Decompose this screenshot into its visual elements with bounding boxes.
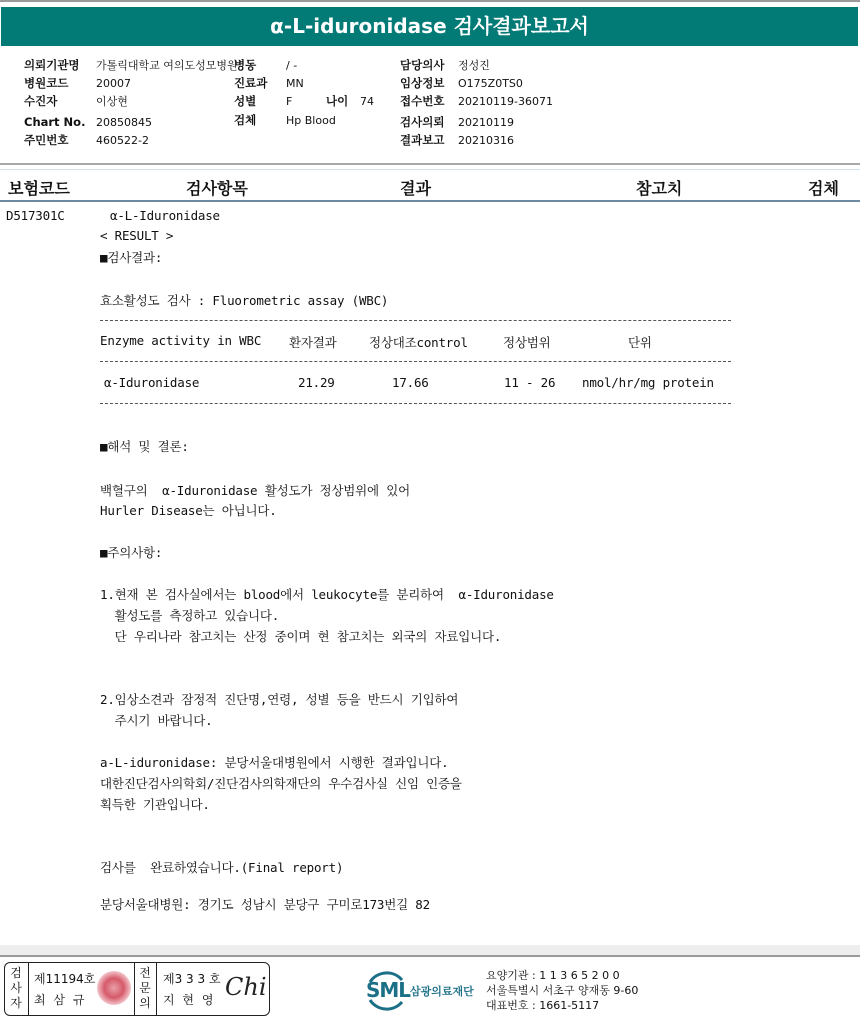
caution-line: 1.현재 본 검사실에서는 blood에서 leukocyte를 분리하여 α-… — [100, 585, 554, 603]
divider — [0, 200, 860, 202]
info-hospital-code: 병원코드20007 — [24, 74, 131, 93]
col-test-item: 검사항목 — [186, 176, 248, 199]
org-code: 요양기관 : 1 1 3 6 5 2 0 0 — [486, 968, 638, 983]
info-institution: 의뢰기관명가톨릭대학교 여의도성모병원 — [24, 56, 238, 75]
col-insurance-code: 보험코드 — [8, 176, 70, 199]
divider — [28, 963, 29, 1015]
table-row-enzyme: α-Iduronidase — [104, 375, 199, 390]
lab-address: 분당서울대병원: 경기도 성남시 분당구 구미로173번길 82 — [100, 895, 430, 913]
section-result: ■검사결과: — [100, 248, 162, 266]
info-ward: 병동/ - — [234, 56, 297, 75]
org-contact: 요양기관 : 1 1 3 6 5 2 0 0 서울특별시 서초구 양재동 9-6… — [486, 968, 638, 1013]
info-department: 진료과MN — [234, 74, 304, 93]
dashed-divider — [100, 320, 731, 321]
top-border — [0, 0, 860, 2]
specialist-license: 제3 3 3 호 — [163, 970, 221, 987]
info-report-date: 결과보고20210316 — [400, 131, 514, 150]
divider — [156, 963, 157, 1015]
section-interpretation: ■해석 및 결론: — [100, 437, 189, 455]
table-header-unit: 단위 — [628, 333, 652, 351]
info-chart-no: Chart No.20850845 — [24, 113, 152, 132]
table-header-patient: 환자결과 — [289, 333, 337, 351]
interpretation-line: 백혈구의 α-Iduronidase 활성도가 정상범위에 있어 — [100, 481, 410, 499]
specialist-label: 전문의 — [138, 966, 152, 1011]
info-specimen: 검체Hp Blood — [234, 111, 336, 130]
org-phone: 대표번호 : 1661-5117 — [486, 998, 638, 1013]
divider — [0, 163, 860, 165]
signature-box: 검사자 제11194호 최 삼 규 전문의 제3 3 3 호 지 현 영 Chi — [4, 962, 270, 1016]
org-address: 서울특별시 서초구 양재동 9-60 — [486, 983, 638, 998]
divider — [0, 169, 860, 170]
examiner-license: 제11194호 — [34, 970, 95, 987]
col-result: 결과 — [400, 176, 431, 199]
info-doctor: 담당의사정성진 — [400, 56, 490, 75]
result-tag: < RESULT > — [100, 228, 173, 243]
table-row-unit: nmol/hr/mg protein — [582, 375, 714, 390]
note-line: 획득한 기관입니다. — [100, 795, 210, 813]
table-header-range: 정상범위 — [503, 333, 551, 351]
col-specimen: 검체 — [808, 176, 839, 199]
footer-band — [0, 945, 860, 955]
info-patient-name: 수진자이상현 — [24, 92, 128, 111]
logo-text: SML — [366, 978, 410, 1002]
dashed-divider — [100, 403, 731, 404]
examiner-name: 최 삼 규 — [34, 991, 86, 1008]
final-report-text: 검사를 완료하였습니다.(Final report) — [100, 858, 343, 876]
table-row-control: 17.66 — [392, 375, 429, 390]
col-reference: 참고치 — [636, 176, 682, 199]
signature: Chi — [225, 973, 267, 1001]
note-line: a-L-iduronidase: 분당서울대병원에서 시행한 결과입니다. — [100, 753, 448, 771]
table-row-range: 11 - 26 — [504, 375, 555, 390]
dashed-divider — [100, 361, 731, 362]
seal-stamp-icon — [97, 971, 131, 1005]
divider — [134, 963, 135, 1015]
test-name: α-L-Iduronidase — [110, 208, 220, 223]
interpretation-line: Hurler Disease는 아닙니다. — [100, 501, 277, 519]
caution-line: 주시기 바랍니다. — [100, 711, 212, 729]
table-header-control: 정상대조control — [369, 333, 468, 351]
report-title: α-L-iduronidase 검사결과보고서 — [1, 7, 858, 46]
note-line: 대한진단검사의학회/진단검사의학재단의 우수검사실 신임 인증을 — [100, 774, 462, 792]
caution-line: 2.임상소견과 잠정적 진단명,연령, 성별 등을 반드시 기입하여 — [100, 690, 458, 708]
info-sex: 성별F나이74 — [234, 92, 374, 111]
table-row-patient-result: 21.29 — [298, 375, 335, 390]
info-resident-no: 주민번호460522-2 — [24, 131, 149, 150]
specialist-name: 지 현 영 — [163, 991, 215, 1008]
caution-line: 단 우리나라 참고치는 산정 중이며 현 참고치는 외국의 자료입니다. — [100, 627, 501, 645]
assay-line: 효소활성도 검사 : Fluorometric assay (WBC) — [100, 291, 388, 309]
caution-line: 활성도를 측정하고 있습니다. — [100, 606, 279, 624]
info-clinical: 임상정보O175Z0TS0 — [400, 74, 523, 93]
insurance-code: D517301C — [6, 208, 65, 223]
sml-logo: SML 삼광의료재단 — [364, 968, 504, 1012]
examiner-label: 검사자 — [9, 966, 23, 1011]
info-request-date: 검사의뢰20210119 — [400, 113, 514, 132]
info-receipt-no: 접수번호20210119-36071 — [400, 92, 553, 111]
table-header-enzyme: Enzyme activity in WBC — [100, 333, 261, 348]
footer-divider — [0, 955, 860, 957]
org-name: 삼광의료재단 — [410, 983, 474, 999]
section-caution: ■주의사항: — [100, 543, 162, 561]
